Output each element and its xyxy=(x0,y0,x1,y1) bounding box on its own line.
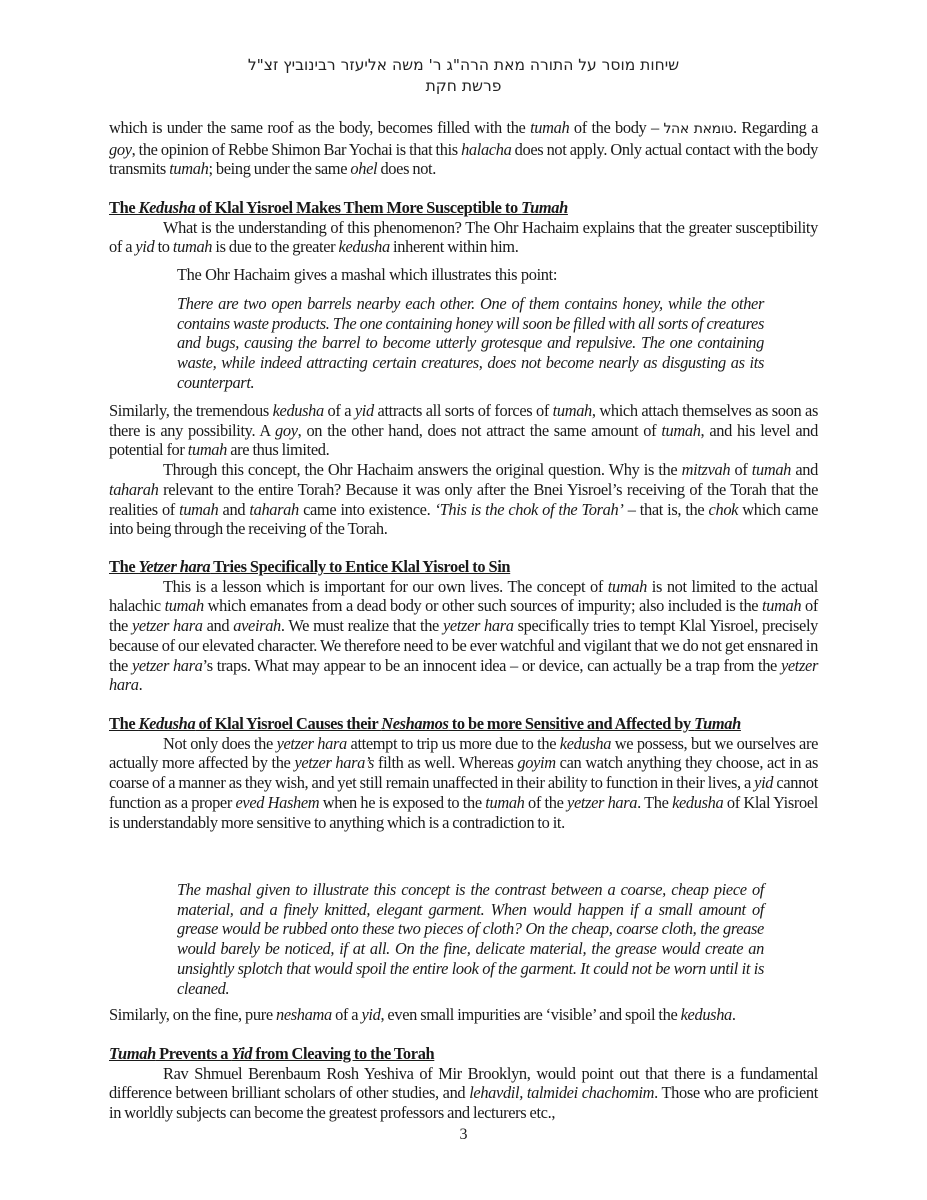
header-title: שיחות מוסר על התורה מאת הרה"ג ר' משה אלי… xyxy=(0,56,927,74)
italic-term: tumah xyxy=(608,577,647,596)
italic-term: kedusha xyxy=(339,237,390,256)
paragraph-text: Rav Shmuel Berenbaum Rosh Yeshiva of Mir… xyxy=(109,1064,818,1123)
section-heading: The Kedusha of Klal Yisroel Makes Them M… xyxy=(109,198,818,218)
italic-term: tumah xyxy=(762,596,801,615)
text-run: Similarly, the tremendous xyxy=(109,401,273,420)
text-run: ’s traps. What may appear to be an innoc… xyxy=(203,656,781,675)
italic-term: Kedusha xyxy=(139,714,196,733)
text-run: of the xyxy=(525,793,568,812)
text-run: of a xyxy=(324,401,355,420)
paragraph-text: which is under the same roof as the body… xyxy=(109,118,818,179)
italic-term: yid xyxy=(135,237,154,256)
italic-term: taharah xyxy=(249,500,298,519)
text-run: . xyxy=(139,675,143,694)
text-run: The xyxy=(109,557,139,576)
italic-term: Yid xyxy=(231,1044,252,1063)
text-run: – that is, the xyxy=(624,500,709,519)
italic-term: Yetzer hara xyxy=(139,557,211,576)
mashal-intro: The Ohr Hachaim gives a mashal which ill… xyxy=(177,265,777,285)
text-run: of Klal Yisroel Causes their xyxy=(195,714,381,733)
section-3-conclusion: Similarly, on the fine, pure neshama of … xyxy=(109,1005,818,1025)
mashal-quote: The mashal given to illustrate this conc… xyxy=(177,880,764,998)
italic-term: tumah xyxy=(530,118,569,137)
section-4: Tumah Prevents a Yid from Cleaving to th… xyxy=(109,1044,818,1123)
header-parsha: פרשת חקת xyxy=(0,77,927,95)
text-run: does not. xyxy=(377,159,436,178)
text-run: came into existence. xyxy=(299,500,435,519)
section-2: The Yetzer hara Tries Specifically to En… xyxy=(109,557,818,695)
italic-term: yetzer hara xyxy=(132,656,203,675)
italic-term: aveirah xyxy=(233,616,281,635)
text-run: . xyxy=(732,1005,736,1024)
text-run: , on the other hand, does not attract th… xyxy=(298,421,662,440)
text-run: inherent within him. xyxy=(390,237,519,256)
italic-term: lehavdil, talmidei chachomim xyxy=(469,1083,654,1102)
text-run: and xyxy=(203,616,234,635)
text-run: Similarly, on the fine, pure xyxy=(109,1005,276,1024)
italic-term: tumah xyxy=(188,440,227,459)
italic-term: tumah xyxy=(173,237,212,256)
italic-term: yetzer hara xyxy=(567,793,637,812)
text-run: when he is exposed to the xyxy=(319,793,485,812)
text-run: which emanates from a dead body or other… xyxy=(204,596,762,615)
italic-term: yid xyxy=(361,1005,380,1024)
italic-term: taharah xyxy=(109,480,158,499)
italic-term: neshama xyxy=(276,1005,332,1024)
italic-term: Neshamos xyxy=(381,714,448,733)
italic-term: yid xyxy=(355,401,374,420)
section-1: The Kedusha of Klal Yisroel Makes Them M… xyxy=(109,198,818,257)
text-run: filth as well. Whereas xyxy=(374,753,517,772)
italic-term: kedusha xyxy=(672,793,723,812)
paragraph-text: Not only does the yetzer hara attempt to… xyxy=(109,734,818,833)
paragraph-text: Through this concept, the Ohr Hachaim an… xyxy=(109,460,818,539)
section-3: The Kedusha of Klal Yisroel Causes their… xyxy=(109,714,818,832)
text-run: of Klal Yisroel Makes Them More Suscepti… xyxy=(195,198,521,217)
text-run: to xyxy=(154,237,173,256)
italic-term: tumah xyxy=(752,460,791,479)
italic-term: yetzer hara xyxy=(132,616,203,635)
text-run: , the opinion of Rebbe Shimon Bar Yochai… xyxy=(132,140,461,159)
page-number: 3 xyxy=(0,1126,927,1144)
italic-term: goy xyxy=(275,421,298,440)
text-run: . Regarding a xyxy=(733,118,818,137)
italic-term: Tumah xyxy=(521,198,568,217)
paragraph-text: This is a lesson which is important for … xyxy=(109,577,818,695)
text-run: is due to the greater xyxy=(212,237,338,256)
text-run: of xyxy=(730,460,752,479)
italic-term: kedusha xyxy=(560,734,611,753)
text-run: Tries Specifically to Entice Klal Yisroe… xyxy=(210,557,510,576)
text-run: ; being under the same xyxy=(208,159,350,178)
text-run: , even small impurities are ‘visible’ an… xyxy=(380,1005,680,1024)
italic-term: kedusha xyxy=(273,401,324,420)
italic-term: tumah xyxy=(553,401,592,420)
paragraph-text: What is the understanding of this phenom… xyxy=(109,218,818,257)
italic-term: tumah xyxy=(485,793,524,812)
paragraph-text: Similarly, on the fine, pure neshama of … xyxy=(109,1005,818,1025)
italic-term: yetzer hara xyxy=(277,734,347,753)
text-run: which is under the same roof as the body… xyxy=(109,118,530,137)
section-heading: The Yetzer hara Tries Specifically to En… xyxy=(109,557,818,577)
section-heading: Tumah Prevents a Yid from Cleaving to th… xyxy=(109,1044,818,1064)
text-run: attempt to trip us more due to the xyxy=(347,734,560,753)
italic-term: tumah xyxy=(165,596,204,615)
italic-term: ohel xyxy=(350,159,377,178)
italic-term: yetzer hara xyxy=(443,616,514,635)
text-run: The xyxy=(109,714,139,733)
text-run: . The xyxy=(637,793,672,812)
text-run: of the body – xyxy=(569,118,663,137)
text-run: and xyxy=(791,460,818,479)
text-run: Not only does the xyxy=(163,734,277,753)
text-run: from Cleaving to the Torah xyxy=(252,1044,434,1063)
text-run: This is a lesson which is important for … xyxy=(163,577,608,596)
italic-term: tumah xyxy=(179,500,218,519)
italic-term: Tumah xyxy=(109,1044,156,1063)
italic-term: tumah xyxy=(169,159,208,178)
italic-term: goy xyxy=(109,140,132,159)
section-heading: The Kedusha of Klal Yisroel Causes their… xyxy=(109,714,818,734)
text-run: Prevents a xyxy=(156,1044,231,1063)
italic-term: yid xyxy=(754,773,773,792)
italic-term: goyim xyxy=(517,753,555,772)
italic-term: Tumah xyxy=(694,714,741,733)
text-run: to be more Sensitive and Affected by xyxy=(449,714,695,733)
italic-term: Kedusha xyxy=(139,198,196,217)
text-run: are thus limited. xyxy=(227,440,329,459)
text-run: Through this concept, the Ohr Hachaim an… xyxy=(163,460,682,479)
intro-paragraph: which is under the same roof as the body… xyxy=(109,118,818,179)
italic-term: kedusha xyxy=(681,1005,732,1024)
italic-term: tumah xyxy=(661,421,700,440)
italic-term: chok xyxy=(709,500,739,519)
text-run: . We must realize that the xyxy=(281,616,443,635)
hebrew-term: טומאת אהל xyxy=(663,121,733,137)
section-1-conclusion: Similarly, the tremendous kedusha of a y… xyxy=(109,401,818,539)
italic-term: halacha xyxy=(461,140,511,159)
text-run: and xyxy=(218,500,249,519)
text-run: of a xyxy=(332,1005,362,1024)
italic-term: ‘This is the chok of the Torah’ xyxy=(435,500,624,519)
text-run: attracts all sorts of forces of xyxy=(374,401,553,420)
paragraph-text: Similarly, the tremendous kedusha of a y… xyxy=(109,401,818,460)
italic-term: eved Hashem xyxy=(235,793,319,812)
italic-term: yetzer hara’s xyxy=(294,753,374,772)
mashal-quote: There are two open barrels nearby each o… xyxy=(177,294,764,393)
italic-term: mitzvah xyxy=(682,460,731,479)
text-run: The xyxy=(109,198,139,217)
